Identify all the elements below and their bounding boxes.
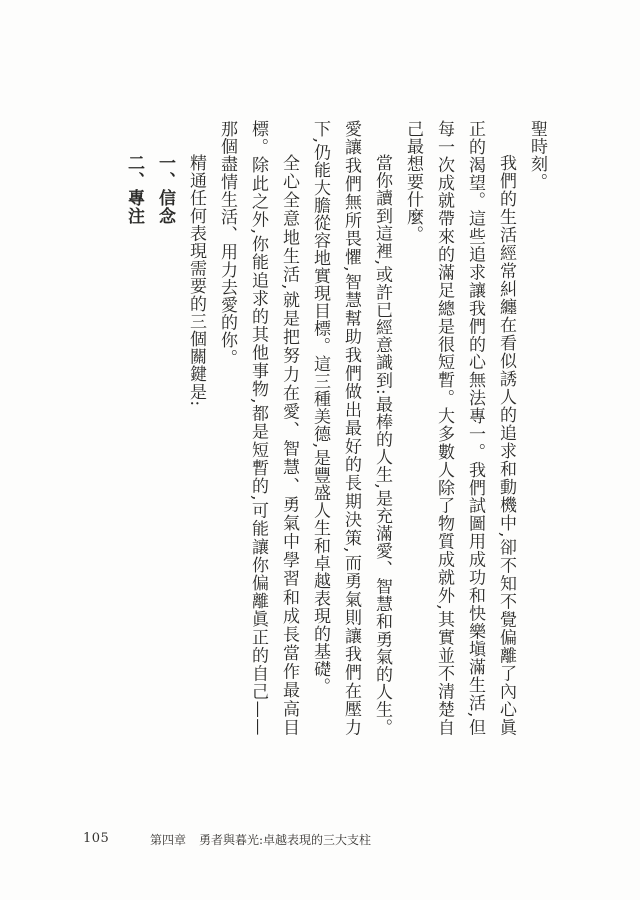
paragraph-distracted-pursuits: 我們的生活經常糾纏在看似誘人的追求和動機中,卻不知不覺偏離了內心眞正的渴望。這些… bbox=[397, 120, 521, 736]
heading-key-two-focus: 二、專注 bbox=[118, 120, 149, 736]
chapter-title: 勇者與暮光:卓越表現的三大支柱 bbox=[199, 833, 371, 847]
paragraph-three-virtues: 當你讀到這裡,或許已經意識到:最棒的人生,是充滿愛、智慧和勇氣的人生。愛讓我們無… bbox=[304, 120, 397, 736]
vertical-text-block: 聖時刻。 我們的生活經常糾纏在看似誘人的追求和動機中,卻不知不覺偏離了內心眞正的… bbox=[118, 120, 552, 736]
heading-key-one-faith: 一、信念 bbox=[149, 120, 180, 736]
paragraph-sacred-moment-end: 聖時刻。 bbox=[521, 120, 552, 736]
chapter-label: 第四章 bbox=[150, 833, 186, 847]
running-footer: 第四章勇者與暮光:卓越表現的三大支柱 bbox=[150, 831, 371, 848]
book-page: 聖時刻。 我們的生活經常糾纏在看似誘人的追求和動機中,卻不知不覺偏離了內心眞正的… bbox=[0, 0, 640, 900]
paragraph-three-keys-intro: 精通任何表現需要的三個關鍵是: bbox=[180, 120, 211, 736]
paragraph-wholehearted-living: 全心全意地生活,就是把努力在愛、智慧、勇氣中學習和成長當作最高目標。除此之外,你… bbox=[211, 120, 304, 736]
page-number: 105 bbox=[83, 831, 109, 846]
